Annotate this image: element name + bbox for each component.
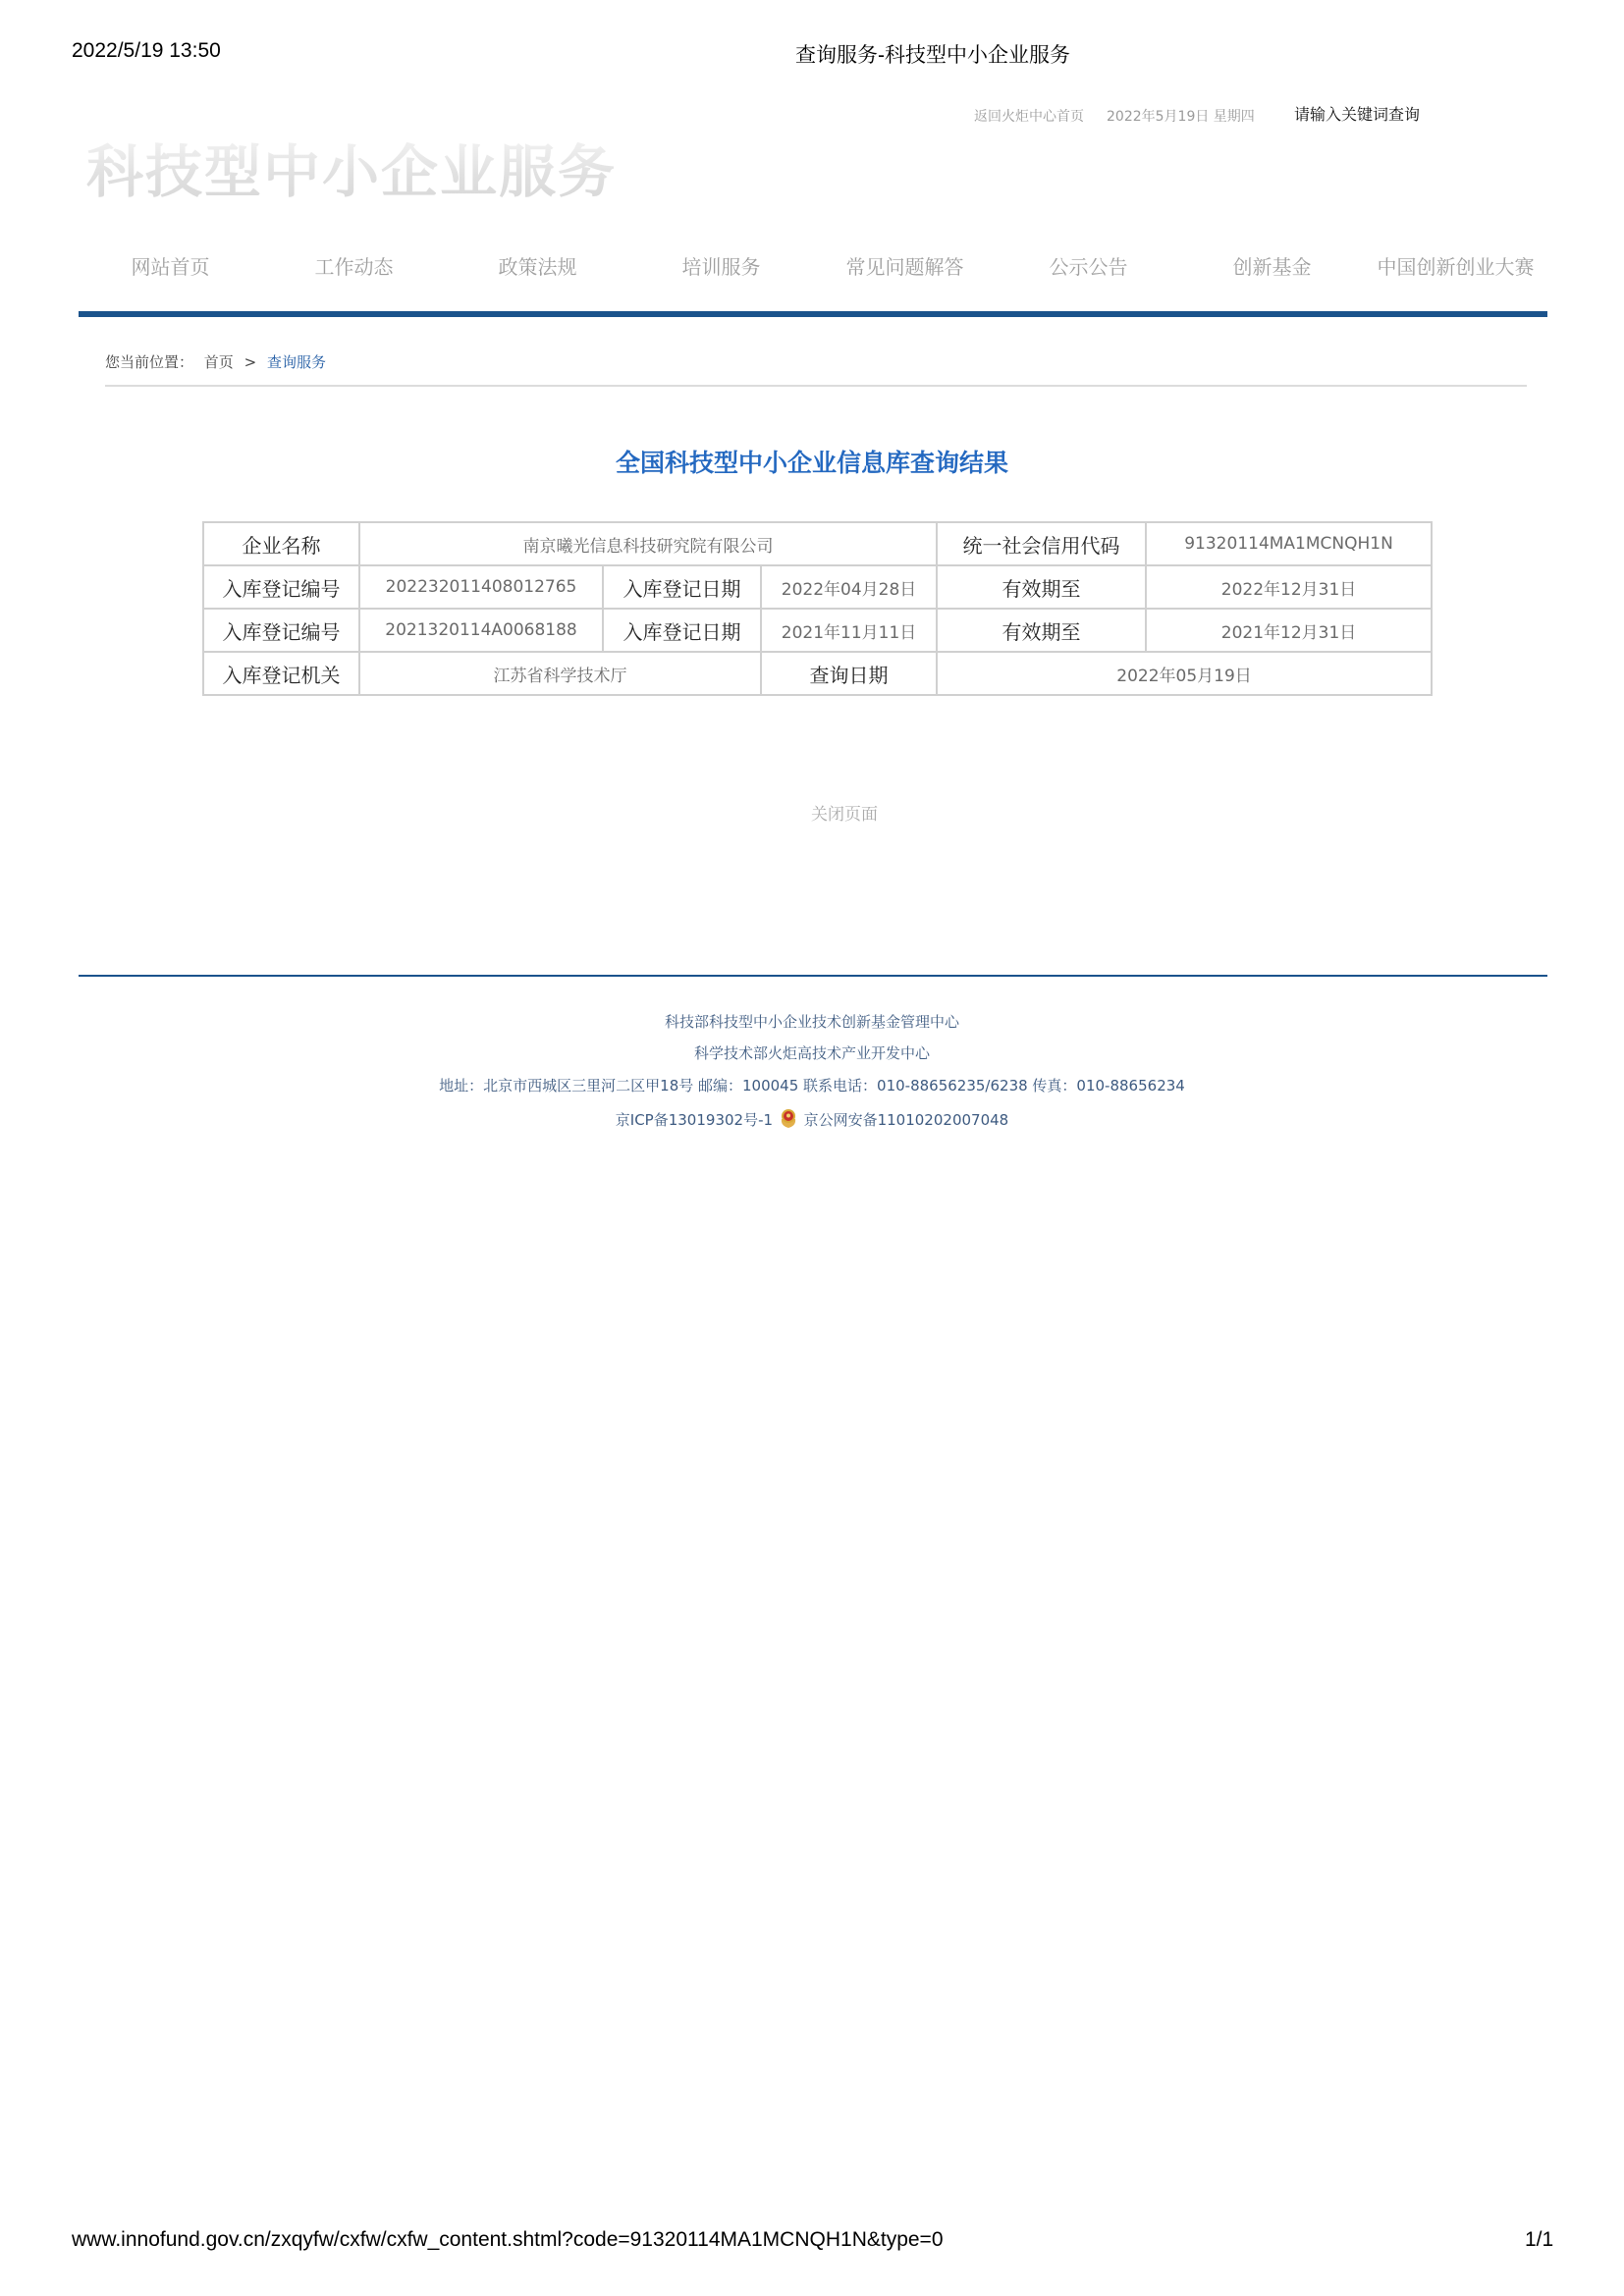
company-name-value: 南京曦光信息科技研究院有限公司	[359, 522, 937, 565]
table-row: 企业名称 南京曦光信息科技研究院有限公司 统一社会信用代码 91320114MA…	[203, 522, 1432, 565]
result-title: 全国科技型中小企业信息库查询结果	[0, 444, 1624, 479]
nav-item-home[interactable]: 网站首页	[79, 245, 262, 294]
breadcrumb-divider	[105, 385, 1527, 387]
icp-number[interactable]: 京ICP备13019302号-1	[616, 1111, 773, 1129]
print-page-number: 1/1	[1525, 2228, 1553, 2252]
psb-number[interactable]: 京公网安备11010202007048	[804, 1111, 1009, 1129]
reg-date-label: 入库登记日期	[603, 609, 761, 652]
main-nav: 网站首页 工作动态 政策法规 培训服务 常见问题解答 公示公告 创新基金 中国创…	[79, 245, 1547, 294]
reg-no-label: 入库登记编号	[203, 565, 359, 609]
credit-code-value: 91320114MA1MCNQH1N	[1146, 522, 1432, 565]
table-row: 入库登记编号 202232011408012765 入库登记日期 2022年04…	[203, 565, 1432, 609]
nav-item-announcements[interactable]: 公示公告	[997, 245, 1180, 294]
footer-org-2: 科学技术部火炬高技术产业开发中心	[0, 1042, 1624, 1063]
footer-org-1: 科技部科技型中小企业技术创新基金管理中心	[0, 1011, 1624, 1032]
query-date-value: 2022年05月19日	[937, 652, 1432, 695]
print-url: www.innofund.gov.cn/zxqyfw/cxfw/cxfw_con…	[72, 2228, 944, 2252]
nav-item-faq[interactable]: 常见问题解答	[813, 245, 997, 294]
company-name-label: 企业名称	[203, 522, 359, 565]
nav-accent-bar	[79, 311, 1547, 317]
nav-item-innovation-contest[interactable]: 中国创新创业大赛	[1364, 245, 1547, 294]
breadcrumb-current[interactable]: 查询服务	[267, 353, 326, 371]
nav-item-work-news[interactable]: 工作动态	[262, 245, 446, 294]
valid-until-value: 2021年12月31日	[1146, 609, 1432, 652]
back-to-torch-center-link[interactable]: 返回火炬中心首页	[974, 106, 1084, 126]
footer-divider	[79, 975, 1547, 977]
site-logo[interactable]: 科技型中小企业服务	[86, 126, 617, 208]
reg-date-value: 2022年04月28日	[761, 565, 937, 609]
authority-label: 入库登记机关	[203, 652, 359, 695]
valid-until-value: 2022年12月31日	[1146, 565, 1432, 609]
reg-date-value: 2021年11月11日	[761, 609, 937, 652]
breadcrumb-separator: >	[244, 353, 257, 371]
authority-value: 江苏省科学技术厅	[359, 652, 761, 695]
breadcrumb: 您当前位置： 首页 > 查询服务	[105, 351, 326, 372]
footer-registration: 京ICP备13019302号-1 京公网安备11010202007048	[0, 1107, 1624, 1130]
nav-item-policies[interactable]: 政策法规	[446, 245, 629, 294]
table-row: 入库登记编号 2021320114A0068188 入库登记日期 2021年11…	[203, 609, 1432, 652]
reg-no-value: 2021320114A0068188	[359, 609, 603, 652]
nav-item-training[interactable]: 培训服务	[629, 245, 813, 294]
reg-no-label: 入库登记编号	[203, 609, 359, 652]
valid-until-label: 有效期至	[937, 609, 1146, 652]
current-date: 2022年5月19日 星期四	[1107, 106, 1255, 126]
print-document-title: 查询服务-科技型中小企业服务	[0, 39, 1624, 69]
close-page-button[interactable]: 关闭页面	[0, 800, 1624, 825]
valid-until-label: 有效期至	[937, 565, 1146, 609]
footer-address: 地址：北京市西城区三里河二区甲18号 邮编：100045 联系电话：010-88…	[0, 1075, 1624, 1095]
reg-no-value: 202232011408012765	[359, 565, 603, 609]
search-input[interactable]: 请输入关键词查询	[1294, 102, 1420, 125]
table-row: 入库登记机关 江苏省科学技术厅 查询日期 2022年05月19日	[203, 652, 1432, 695]
query-date-label: 查询日期	[761, 652, 937, 695]
breadcrumb-prefix: 您当前位置：	[105, 353, 193, 371]
credit-code-label: 统一社会信用代码	[937, 522, 1146, 565]
nav-item-innovation-fund[interactable]: 创新基金	[1180, 245, 1364, 294]
breadcrumb-home[interactable]: 首页	[204, 353, 234, 371]
police-badge-icon	[779, 1107, 798, 1129]
company-info-table: 企业名称 南京曦光信息科技研究院有限公司 统一社会信用代码 91320114MA…	[202, 521, 1433, 696]
reg-date-label: 入库登记日期	[603, 565, 761, 609]
